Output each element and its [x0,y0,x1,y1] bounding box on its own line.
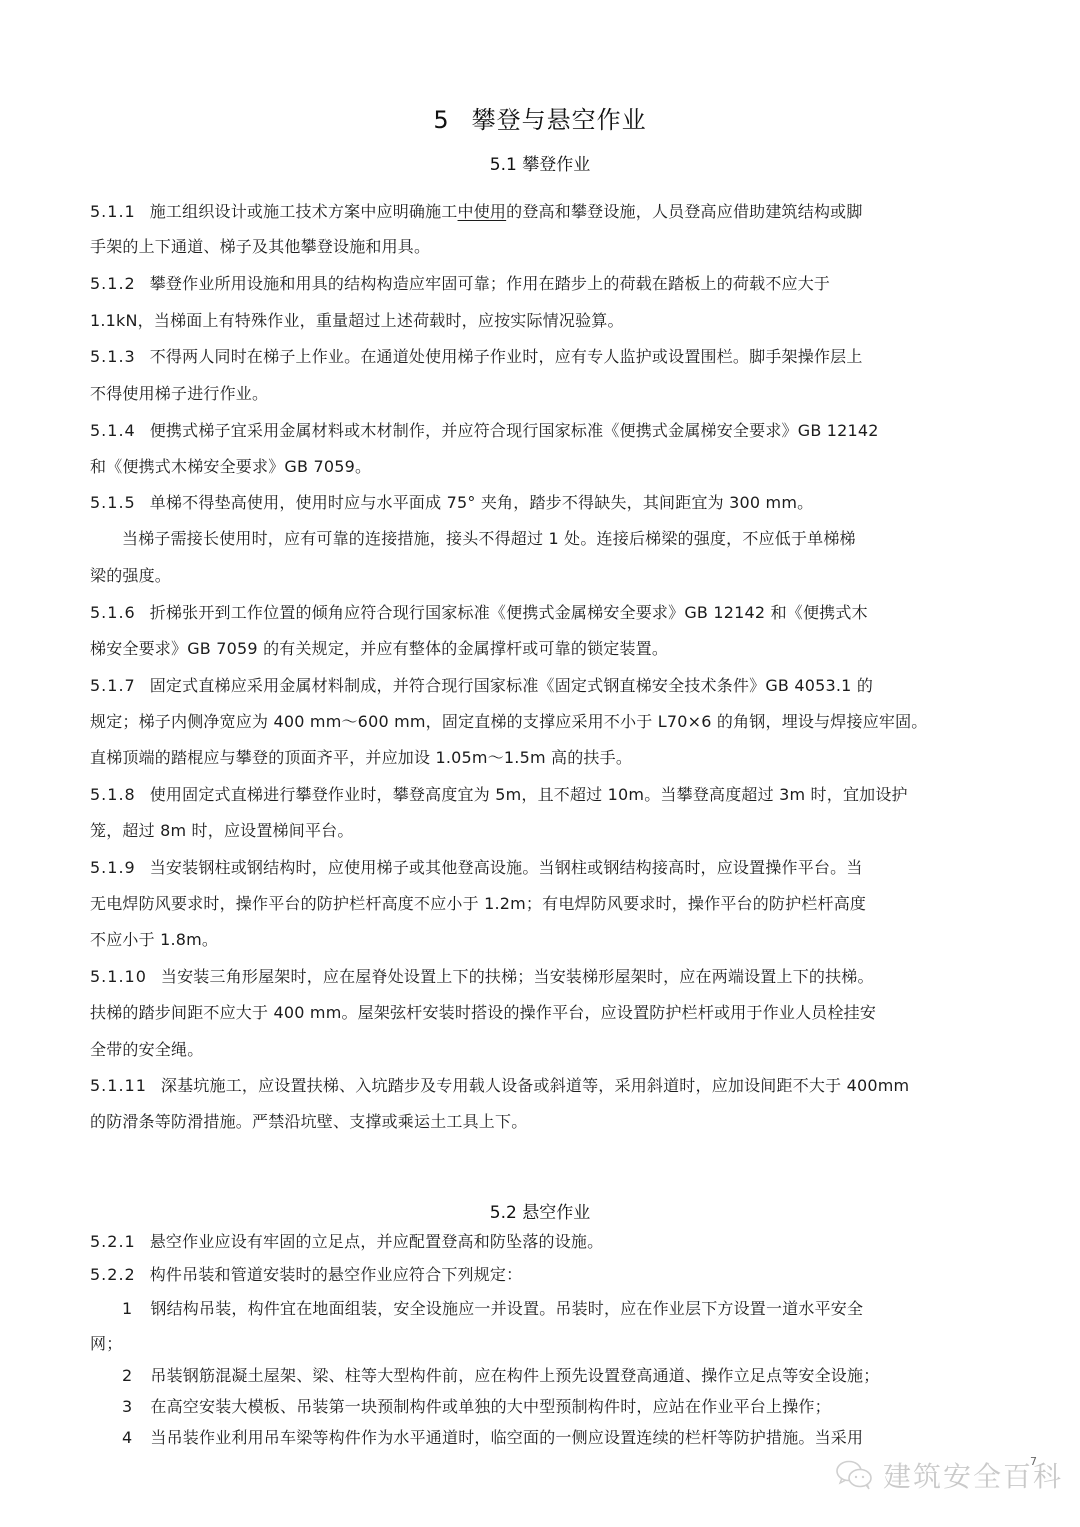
list-item-2: 2吊装钢筋混凝土屋架、梁、柱等大型构件前，应在构件上预先设置登高通道、操作立足点… [90,1366,1032,1386]
clause-text-line: 无电焊防风要求时，操作平台的防护栏杆高度不应小于 1.2m；有电焊防风要求时，操… [90,894,1000,914]
clause-5-1-1: 5.1.1施工组织设计或施工技术方案中应明确施工中使用的登高和攀登设施，人员登高… [90,202,1000,222]
clause-5-1-7: 5.1.7固定式直梯应采用金属材料制成，并符合现行国家标准《固定式钢直梯安全技术… [90,676,1000,696]
clause-number: 5.1.10 [90,967,147,987]
clause-text-line: 扶梯的踏步间距不应大于 400 mm。屋架弦杆安装时搭设的操作平台，应设置防护栏… [90,1003,1000,1023]
list-item-4: 4当吊装作业利用吊车梁等构件作为水平通道时，临空面的一侧应设置连续的栏杆等防护措… [90,1428,1032,1448]
clause-text: 当安装三角形屋架时，应在屋脊处设置上下的扶梯；当安装梯形屋架时，应在两端设置上下… [161,967,874,986]
clause-number: 5.1.8 [90,785,136,805]
section-title-5-2: 5.2 悬空作业 [0,1198,1080,1223]
clause-text: 施工组织设计或施工技术方案中应明确施工 [150,202,458,221]
chapter-title: 5攀登与悬空作业 [0,100,1080,135]
chapter-heading: 攀登与悬空作业 [472,106,647,134]
clause-number: 5.1.11 [90,1076,147,1096]
watermark: 建筑安全百科 [835,1455,1063,1495]
clause-text: 构件吊装和管道安装时的悬空作业应符合下列规定： [150,1265,523,1284]
item-number: 3 [122,1397,132,1417]
clause-text-line: 的防滑条等防滑措施。严禁沿坑壁、支撑或乘运土工具上下。 [90,1112,1000,1132]
clause-text: 固定式直梯应采用金属材料制成，并符合现行国家标准《固定式钢直梯安全技术条件》GB… [150,676,873,695]
item-text: 在高空安装大模板、吊装第一块预制构件或单独的大中型预制构件时，应站在作业平台上操… [150,1397,830,1416]
clause-number: 5.1.4 [90,421,136,441]
clause-number: 5.2.1 [90,1232,136,1252]
section-heading: 攀登作业 [522,155,590,175]
clause-5-1-10: 5.1.10当安装三角形屋架时，应在屋脊处设置上下的扶梯；当安装梯形屋架时，应在… [90,967,1000,987]
list-item-3: 3在高空安装大模板、吊装第一块预制构件或单独的大中型预制构件时，应站在作业平台上… [90,1397,1032,1417]
item-number: 4 [122,1428,132,1448]
document-page: 5攀登与悬空作业 5.1 攀登作业 5.1.1施工组织设计或施工技术方案中应明确… [0,0,1080,1527]
clause-text: 悬空作业应设有牢固的立足点，并应配置登高和防坠落的设施。 [150,1232,604,1251]
chapter-number: 5 [433,106,449,134]
item-text: 钢结构吊装，构件宜在地面组装，安全设施应一并设置。吊装时，应在作业层下方设置一道… [150,1299,863,1318]
item-number: 1 [122,1299,132,1319]
clause-5-1-3: 5.1.3不得两人同时在梯子上作业。在通道处使用梯子作业时，应有专人监护或设置围… [90,347,1000,367]
clause-text: 当安装钢柱或钢结构时，应使用梯子或其他登高设施。当钢柱或钢结构接高时，应设置操作… [150,858,863,877]
clause-number: 5.1.1 [90,202,136,222]
clause-number: 5.1.6 [90,603,136,623]
clause-5-1-4: 5.1.4便携式梯子宜采用金属材料或木材制作，并应符合现行国家标准《便携式金属梯… [90,421,1000,441]
clause-text-line: 直梯顶端的踏棍应与攀登的顶面齐平，并应加设 1.05m～1.5m 高的扶手。 [90,748,1000,768]
clause-text-line: 手架的上下通道、梯子及其他攀登设施和用具。 [90,237,1000,257]
clause-5-1-9: 5.1.9当安装钢柱或钢结构时，应使用梯子或其他登高设施。当钢柱或钢结构接高时，… [90,858,1000,878]
clause-5-1-6: 5.1.6折梯张开到工作位置的倾角应符合现行国家标准《便携式金属梯安全要求》GB… [90,603,1000,623]
underlined-text: 中使用 [458,202,507,221]
section-heading: 悬空作业 [522,1203,590,1223]
clause-text-line: 和《便携式木梯安全要求》GB 7059。 [90,457,1000,477]
clause-text: 便携式梯子宜采用金属材料或木材制作，并应符合现行国家标准《便携式金属梯安全要求》… [150,421,879,440]
clause-5-2-1: 5.2.1悬空作业应设有牢固的立足点，并应配置登高和防坠落的设施。 [90,1232,1000,1252]
clause-text-line: 不得使用梯子进行作业。 [90,384,1000,404]
clause-5-1-2: 5.1.2攀登作业所用设施和用具的结构构造应牢固可靠；作用在踏步上的荷载在踏板上… [90,274,1000,294]
clause-text-line: 规定；梯子内侧净宽应为 400 mm～600 mm，固定直梯的支撑应采用不小于 … [90,712,1000,732]
clause-number: 5.1.5 [90,493,136,513]
clause-number: 5.1.7 [90,676,136,696]
clause-text-line: 当梯子需接长使用时，应有可靠的连接措施，接头不得超过 1 处。连接后梯梁的强度，… [90,529,1032,549]
clause-text-line: 全带的安全绳。 [90,1040,1000,1060]
clause-text: 的登高和攀登设施，人员登高应借助建筑结构或脚 [506,202,862,221]
wechat-icon [835,1459,875,1491]
section-number: 5.2 [490,1203,517,1223]
clause-5-1-11: 5.1.11深基坑施工，应设置扶梯、入坑踏步及专用载人设备或斜道等，采用斜道时，… [90,1076,1000,1096]
item-text: 吊装钢筋混凝土屋架、梁、柱等大型构件前，应在构件上预先设置登高通道、操作立足点等… [150,1366,879,1385]
clause-5-2-2: 5.2.2构件吊装和管道安装时的悬空作业应符合下列规定： [90,1265,1000,1285]
list-item-1: 1钢结构吊装，构件宜在地面组装，安全设施应一并设置。吊装时，应在作业层下方设置一… [90,1299,1032,1319]
clause-text: 单梯不得垫高使用，使用时应与水平面成 75° 夹角，踏步不得缺失，其间距宜为 3… [150,493,814,512]
clause-text-line: 梯安全要求》GB 7059 的有关规定，并应有整体的金属撑杆或可靠的锁定装置。 [90,639,1000,659]
clause-text: 使用固定式直梯进行攀登作业时，攀登高度宜为 5m，且不超过 10m。当攀登高度超… [150,785,908,804]
clause-number: 5.2.2 [90,1265,136,1285]
clause-text: 折梯张开到工作位置的倾角应符合现行国家标准《便携式金属梯安全要求》GB 1214… [150,603,868,622]
clause-text: 攀登作业所用设施和用具的结构构造应牢固可靠；作用在踏步上的荷载在踏板上的荷载不应… [150,274,830,293]
section-title-5-1: 5.1 攀登作业 [0,150,1080,175]
clause-text-line: 不应小于 1.8m。 [90,930,1000,950]
clause-number: 5.1.2 [90,274,136,294]
clause-text-line: 笼，超过 8m 时，应设置梯间平台。 [90,821,1000,841]
page-number: 7 [1030,1455,1037,1468]
clause-text-line: 网； [90,1334,1000,1354]
clause-text: 不得两人同时在梯子上作业。在通道处使用梯子作业时，应有专人监护或设置围栏。脚手架… [150,347,863,366]
item-number: 2 [122,1366,132,1386]
clause-number: 5.1.3 [90,347,136,367]
clause-5-1-8: 5.1.8使用固定式直梯进行攀登作业时，攀登高度宜为 5m，且不超过 10m。当… [90,785,1000,805]
clause-5-1-5: 5.1.5单梯不得垫高使用，使用时应与水平面成 75° 夹角，踏步不得缺失，其间… [90,493,1000,513]
clause-text: 深基坑施工，应设置扶梯、入坑踏步及专用载人设备或斜道等，采用斜道时，应加设间距不… [161,1076,909,1095]
section-number: 5.1 [490,155,517,175]
clause-text-line: 梁的强度。 [90,566,1000,586]
item-text: 当吊装作业利用吊车梁等构件作为水平通道时，临空面的一侧应设置连续的栏杆等防护措施… [150,1428,863,1447]
clause-number: 5.1.9 [90,858,136,878]
clause-text-line: 1.1kN，当梯面上有特殊作业，重量超过上述荷载时，应按实际情况验算。 [90,311,1000,331]
